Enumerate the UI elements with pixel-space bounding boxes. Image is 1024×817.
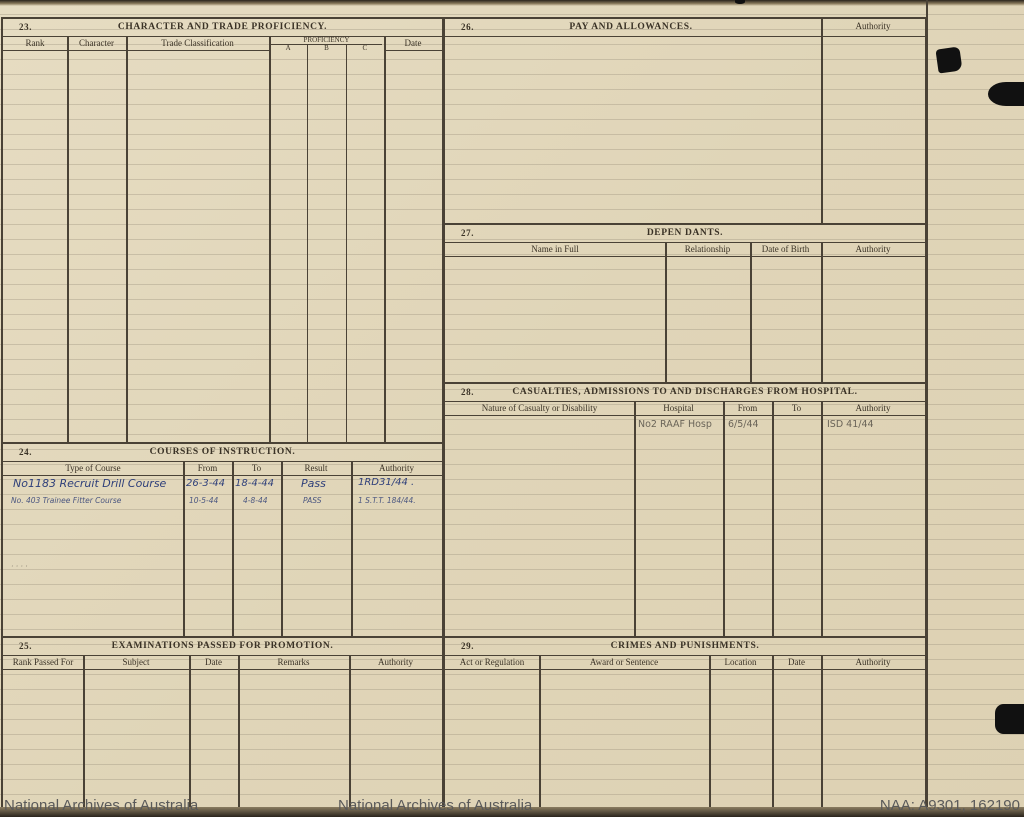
course-to: 4-8-44 xyxy=(243,496,268,505)
punch-hole xyxy=(988,82,1024,106)
col-authority: Authority xyxy=(351,462,442,476)
course-from: 26-3-44 xyxy=(186,478,225,489)
col-date: Date xyxy=(384,37,442,51)
section-23-character-trade: 23. CHARACTER AND TRADE PROFICIENCY. Ran… xyxy=(1,17,444,444)
col-from: From xyxy=(723,402,772,416)
punch-hole xyxy=(935,46,962,73)
col-relationship: Relationship xyxy=(665,243,750,257)
col-award-or-sentence: Award or Sentence xyxy=(539,656,709,670)
course-authority: 1RD31/44 . xyxy=(358,477,414,488)
section-26-pay: 26. PAY AND ALLOWANCES. Authority xyxy=(443,17,927,225)
col-authority: Authority xyxy=(821,20,925,34)
section-28-header: 28. CASUALTIES, ADMISSIONS TO AND DISCHA… xyxy=(445,384,925,402)
col-type-of-course: Type of Course xyxy=(3,462,183,476)
col-authority: Authority xyxy=(821,656,925,670)
course-type: No1183 Recruit Drill Course xyxy=(13,477,166,490)
col-date: Date xyxy=(189,656,238,670)
col-to: To xyxy=(232,462,281,476)
proficiency-c: C xyxy=(346,45,384,51)
top-edge-tear xyxy=(735,0,745,4)
proficiency-b: B xyxy=(307,45,345,51)
course-result: PASS xyxy=(303,496,322,505)
section-title: CHARACTER AND TRADE PROFICIENCY. xyxy=(3,22,442,32)
section-29-crimes: 29. CRIMES AND PUNISHMENTS. Act or Regul… xyxy=(443,636,927,817)
col-authority: Authority xyxy=(821,402,925,416)
col-date: Date xyxy=(772,656,821,670)
course-to: 18-4-44 xyxy=(235,478,274,489)
course-authority: 1 S.T.T. 184/44. xyxy=(358,496,416,505)
section-25-examinations: 25. EXAMINATIONS PASSED FOR PROMOTION. R… xyxy=(1,636,444,817)
punch-hole xyxy=(995,704,1024,734)
watermark-left: National Archives of Australia xyxy=(4,797,198,814)
section-27-dependants: 27. DEPEN DANTS. Name in Full Relationsh… xyxy=(443,223,927,384)
section-23-header: 23. CHARACTER AND TRADE PROFICIENCY. xyxy=(3,19,442,37)
from-date: 6/5/44 xyxy=(728,419,759,430)
section-title: DEPEN DANTS. xyxy=(445,228,925,238)
section-title: CRIMES AND PUNISHMENTS. xyxy=(445,641,925,651)
col-proficiency: PROFICIENCY A B C xyxy=(269,37,384,51)
col-trade-classification: Trade Classification xyxy=(126,37,269,51)
course-result: Pass xyxy=(301,477,326,490)
section-title: EXAMINATIONS PASSED FOR PROMOTION. xyxy=(3,641,442,651)
col-result: Result xyxy=(281,462,351,476)
section-title: CASUALTIES, ADMISSIONS TO AND DISCHARGES… xyxy=(445,387,925,397)
col-character: Character xyxy=(67,37,126,51)
col-from: From xyxy=(183,462,232,476)
section-title: PAY AND ALLOWANCES. xyxy=(445,22,817,32)
section-24-courses: 24. COURSES OF INSTRUCTION. Type of Cour… xyxy=(1,442,444,638)
col-hospital: Hospital xyxy=(634,402,723,416)
col-authority: Authority xyxy=(821,243,925,257)
section-29-header: 29. CRIMES AND PUNISHMENTS. xyxy=(445,638,925,656)
col-nature: Nature of Casualty or Disability xyxy=(445,402,634,416)
section-28-casualties: 28. CASUALTIES, ADMISSIONS TO AND DISCHA… xyxy=(443,382,927,638)
archive-reference: NAA: A9301, 162190 xyxy=(880,797,1020,814)
col-name-in-full: Name in Full xyxy=(445,243,665,257)
col-remarks: Remarks xyxy=(238,656,349,670)
course-from: 10-5-44 xyxy=(189,496,218,505)
col-location: Location xyxy=(709,656,772,670)
authority: ISD 41/44 xyxy=(827,419,874,430)
section-24-header: 24. COURSES OF INSTRUCTION. xyxy=(3,444,442,462)
col-to: To xyxy=(772,402,821,416)
col-authority: Authority xyxy=(349,656,442,670)
hospital: No2 RAAF Hosp xyxy=(638,419,712,430)
col-rank: Rank xyxy=(3,37,67,51)
scan-edge-top xyxy=(0,0,1024,6)
section-title: COURSES OF INSTRUCTION. xyxy=(3,447,442,457)
section-27-header: 27. DEPEN DANTS. xyxy=(445,225,925,243)
footer: National Archives of Australia National … xyxy=(0,791,1024,817)
col-act-or-regulation: Act or Regulation xyxy=(445,656,539,670)
col-date-of-birth: Date of Birth xyxy=(750,243,821,257)
col-subject: Subject xyxy=(83,656,189,670)
col-rank-passed-for: Rank Passed For xyxy=(3,656,83,670)
watermark-center: National Archives of Australia xyxy=(338,797,532,814)
proficiency-a: A xyxy=(269,45,307,51)
section-25-header: 25. EXAMINATIONS PASSED FOR PROMOTION. xyxy=(3,638,442,656)
course-type: No. 403 Trainee Fitter Course xyxy=(11,496,121,505)
faint-note: · · · · xyxy=(11,562,28,571)
